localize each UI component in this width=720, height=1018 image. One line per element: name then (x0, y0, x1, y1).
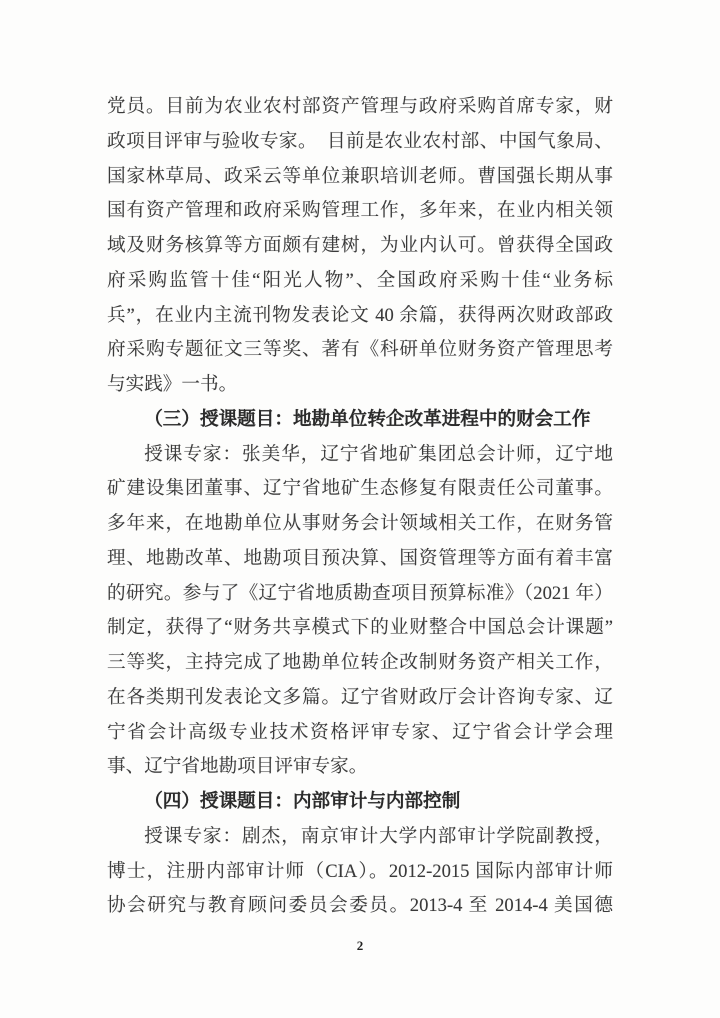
text-line: 国有资产管理和政府采购管理工作，多年来，在业内相关领 (107, 194, 613, 229)
text-line: 域及财务核算等方面颇有建树，为业内认可。曾获得全国政 (107, 229, 613, 264)
text-line: 政项目评审与验收专家。 目前是农业农村部、中国气象局、 (107, 125, 613, 160)
document-body: 党员。目前为农业农村部资产管理与政府采购首席专家，财政项目评审与验收专家。 目前… (107, 90, 613, 924)
text-line: 兵”，在业内主流刊物发表论文 40 余篇，获得两次财政部政 (107, 299, 613, 334)
text-line: 宁省会计高级专业技术资格评审专家、辽宁省会计学会理 (107, 716, 613, 751)
text-line: 授课专家：剧杰，南京审计大学内部审计学院副教授， (107, 820, 613, 855)
page-number: 2 (0, 938, 720, 954)
text-line: 博士，注册内部审计师（CIA）。2012-2015 国际内部审计师 (107, 855, 613, 890)
text-line: 协会研究与教育顾问委员会委员。2013-4 至 2014-4 美国德 (107, 889, 613, 924)
text-line: 授课专家：张美华，辽宁省地矿集团总会计师，辽宁地 (107, 438, 613, 473)
heading-line: （四）授课题目：内部审计与内部控制 (107, 785, 613, 820)
text-line: 在各类期刊发表论文多篇。辽宁省财政厅会计咨询专家、辽 (107, 681, 613, 716)
text-line: 矿建设集团董事、辽宁省地矿生态修复有限责任公司董事。 (107, 472, 613, 507)
document-page: 党员。目前为农业农村部资产管理与政府采购首席专家，财政项目评审与验收专家。 目前… (0, 0, 720, 1018)
text-line: 与实践》一书。 (107, 368, 613, 403)
text-line: 府采购监管十佳“阳光人物”、全国政府采购十佳“业务标 (107, 264, 613, 299)
text-line: 府采购专题征文三等奖、著有《科研单位财务资产管理思考 (107, 333, 613, 368)
text-line: 制定，获得了“财务共享模式下的业财整合中国总会计课题” (107, 611, 613, 646)
text-line: 国家林草局、政采云等单位兼职培训老师。曹国强长期从事 (107, 160, 613, 195)
text-line: 三等奖，主持完成了地勘单位转企改制财务资产相关工作， (107, 646, 613, 681)
text-line: 事、辽宁省地勘项目评审专家。 (107, 750, 613, 785)
text-line: 的研究。参与了《辽宁省地质勘查项目预算标准》（2021 年） (107, 577, 613, 612)
text-line: 理、地勘改革、地勘项目预决算、国资管理等方面有着丰富 (107, 542, 613, 577)
text-line: 多年来，在地勘单位从事财务会计领域相关工作，在财务管 (107, 507, 613, 542)
text-line: 党员。目前为农业农村部资产管理与政府采购首席专家，财 (107, 90, 613, 125)
heading-line: （三）授课题目：地勘单位转企改革进程中的财会工作 (107, 403, 613, 438)
